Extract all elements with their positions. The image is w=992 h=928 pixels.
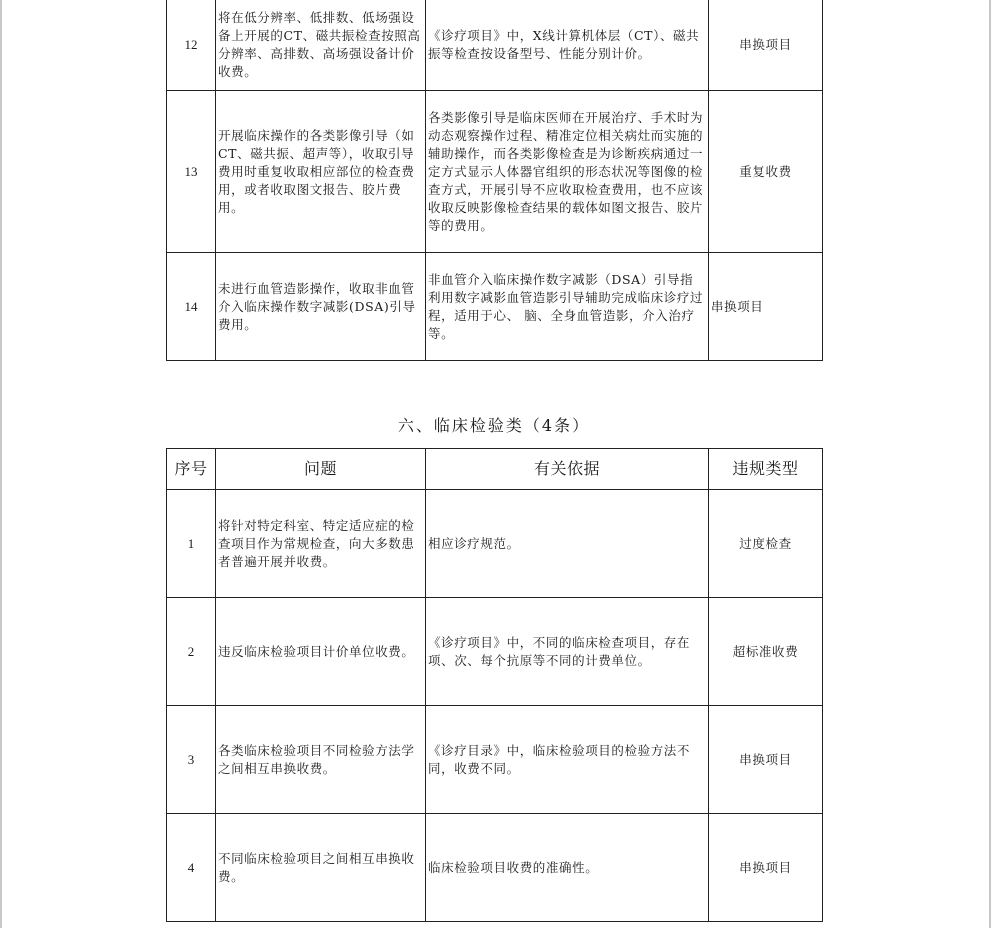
row-basis: 《诊疗目录》中，临床检验项目的检验方法不同，收费不同。 bbox=[426, 706, 709, 814]
row-violation-type: 串换项目 bbox=[709, 0, 823, 91]
row-problem: 开展临床操作的各类影像引导（如CT、磁共振、超声等），收取引导费用时重复收取相应… bbox=[216, 91, 426, 253]
row-basis: 各类影像引导是临床医师在开展治疗、手术时为动态观察操作过程、精准定位相关病灶而实… bbox=[426, 91, 709, 253]
row-number: 3 bbox=[167, 706, 216, 814]
section-heading-clinical-lab: 六、临床检验类（4条） bbox=[166, 413, 822, 436]
row-number: 4 bbox=[167, 814, 216, 922]
table-row: 12 将在低分辨率、低排数、低场强设备上开展的CT、磁共振检查按照高分辨率、高排… bbox=[167, 0, 823, 91]
row-basis: 临床检验项目收费的准确性。 bbox=[426, 814, 709, 922]
column-header-problem: 问题 bbox=[216, 449, 426, 490]
row-number: 14 bbox=[167, 253, 216, 361]
row-problem: 各类临床检验项目不同检验方法学之间相互串换收费。 bbox=[216, 706, 426, 814]
row-number: 1 bbox=[167, 490, 216, 598]
page-edge-left bbox=[0, 0, 2, 928]
row-problem: 将针对特定科室、特定适应症的检查项目作为常规检查，向大多数患者普遍开展并收费。 bbox=[216, 490, 426, 598]
row-basis: 《诊疗项目》中，X线计算机体层（CT）、磁共振等检查按设备型号、性能分别计价。 bbox=[426, 0, 709, 91]
imaging-violations-table-continued: 12 将在低分辨率、低排数、低场强设备上开展的CT、磁共振检查按照高分辨率、高排… bbox=[166, 0, 823, 361]
clinical-lab-violations-table: 序号 问题 有关依据 违规类型 1 将针对特定科室、特定适应症的检查项目作为常规… bbox=[166, 448, 823, 922]
row-number: 2 bbox=[167, 598, 216, 706]
column-header-basis: 有关依据 bbox=[426, 449, 709, 490]
row-violation-type: 过度检查 bbox=[709, 490, 823, 598]
row-violation-type: 串换项目 bbox=[709, 814, 823, 922]
table-row: 13 开展临床操作的各类影像引导（如CT、磁共振、超声等），收取引导费用时重复收… bbox=[167, 91, 823, 253]
table-row: 3 各类临床检验项目不同检验方法学之间相互串换收费。 《诊疗目录》中，临床检验项… bbox=[167, 706, 823, 814]
table-row: 2 违反临床检验项目计价单位收费。 《诊疗项目》中，不同的临床检查项目，存在项、… bbox=[167, 598, 823, 706]
column-header-violation-type: 违规类型 bbox=[709, 449, 823, 490]
row-number: 12 bbox=[167, 0, 216, 91]
row-violation-type: 串换项目 bbox=[709, 253, 823, 361]
row-problem: 违反临床检验项目计价单位收费。 bbox=[216, 598, 426, 706]
row-problem: 将在低分辨率、低排数、低场强设备上开展的CT、磁共振检查按照高分辨率、高排数、高… bbox=[216, 0, 426, 91]
table-header-row: 序号 问题 有关依据 违规类型 bbox=[167, 449, 823, 490]
table-row: 14 未进行血管造影操作，收取非血管介入临床操作数字减影(DSA)引导费用。 非… bbox=[167, 253, 823, 361]
column-header-number: 序号 bbox=[167, 449, 216, 490]
row-violation-type: 重复收费 bbox=[709, 91, 823, 253]
row-basis: 非血管介入临床操作数字减影（DSA）引导指利用数字减影血管造影引导辅助完成临床诊… bbox=[426, 253, 709, 361]
row-problem: 未进行血管造影操作，收取非血管介入临床操作数字减影(DSA)引导费用。 bbox=[216, 253, 426, 361]
row-violation-type: 串换项目 bbox=[709, 706, 823, 814]
row-problem: 不同临床检验项目之间相互串换收费。 bbox=[216, 814, 426, 922]
row-number: 13 bbox=[167, 91, 216, 253]
page-edge-right bbox=[989, 0, 991, 928]
row-violation-type: 超标准收费 bbox=[709, 598, 823, 706]
row-basis: 相应诊疗规范。 bbox=[426, 490, 709, 598]
table-row: 1 将针对特定科室、特定适应症的检查项目作为常规检查，向大多数患者普遍开展并收费… bbox=[167, 490, 823, 598]
table-row: 4 不同临床检验项目之间相互串换收费。 临床检验项目收费的准确性。 串换项目 bbox=[167, 814, 823, 922]
row-basis: 《诊疗项目》中，不同的临床检查项目，存在项、次、每个抗原等不同的计费单位。 bbox=[426, 598, 709, 706]
